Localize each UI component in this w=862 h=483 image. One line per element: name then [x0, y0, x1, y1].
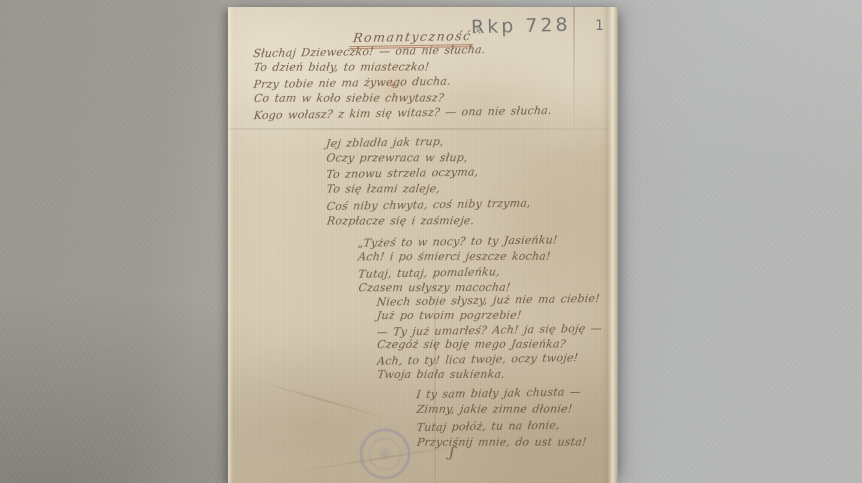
paper-crease	[573, 7, 575, 135]
paper-crease	[251, 378, 396, 421]
poem-line: Zimny, jakie zimne dłonie!	[416, 402, 588, 419]
library-stamp	[355, 424, 416, 483]
poem-line: Przyciśnij mnie, do ust usta!	[416, 435, 588, 452]
poem-line: Już po twoim pogrzebie!	[376, 308, 602, 323]
stanza-3: „Tyżeś to w nocy? to ty Jasieńku!Ach! i …	[358, 233, 558, 296]
paper-left-edge	[228, 7, 233, 483]
poem-line: Coś niby chwyta, coś niby trzyma,	[326, 195, 532, 214]
page-number: 1	[595, 18, 604, 34]
poem-line: Twoja biała sukienka.	[376, 367, 602, 382]
shelfmark-pencil-note: Rkp 728	[471, 14, 571, 39]
stanza-1: Słuchaj Dzieweczko! — ona nie słucha.To …	[253, 42, 551, 122]
poem-line: Ach! i po śmierci jeszcze kocha!	[357, 249, 558, 265]
poem-line: Rozpłacze się i zaśmieje.	[326, 212, 532, 228]
stanza-5: I ty sam biały jak chusta —Zimny, jakie …	[416, 385, 586, 452]
poem-line: Tutaj połóż, tu na łonie,	[416, 417, 588, 436]
poem-line: Jej zbladła jak trup,	[325, 132, 531, 151]
stanza-4: Niech sobie słyszy, już nie ma ciebie!Ju…	[377, 293, 603, 384]
manuscript-page: Rkp 728 1 Romantyczność× Słuchaj Dziewec…	[228, 7, 618, 483]
poem-line: To się łzami zaleje,	[326, 181, 532, 197]
paper-crease	[228, 128, 612, 130]
manuscript-photo: Rkp 728 1 Romantyczność× Słuchaj Dziewec…	[0, 0, 862, 483]
paper-deckle-edge	[602, 7, 618, 483]
stanza-2: Jej zbladła jak trup,Oczy przewraca w sł…	[326, 133, 531, 229]
pencil-mark: ×	[473, 25, 484, 38]
